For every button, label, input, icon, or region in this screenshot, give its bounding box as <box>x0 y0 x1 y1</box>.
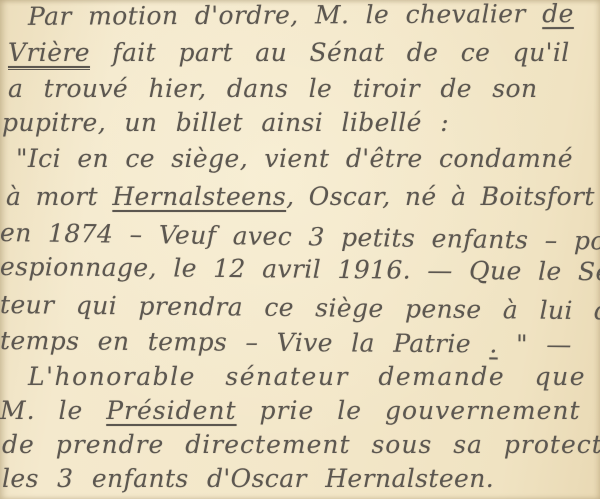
handwritten-line: en 1874 – Veuf avec 3 petits enfants – p… <box>0 218 600 255</box>
line-text: , Oscar, né à Boitsfort <box>286 182 595 211</box>
manuscript-page: Par motion d'ordre, M. le chevalier de V… <box>0 0 600 499</box>
line-text: fait part au Sénat de ce qu'il <box>90 38 570 67</box>
handwritten-line: L'honorable sénateur demande que <box>0 362 600 391</box>
underlined-word: Hernalsteens <box>112 182 286 211</box>
line-text: à mort <box>6 182 112 211</box>
handwritten-line: teur qui prendra ce siège pense à lui de <box>0 290 600 325</box>
handwritten-line: espionnage, le 12 avril 1916. — Que le S… <box>0 252 600 286</box>
underlined-word: de <box>542 0 574 28</box>
handwritten-line: les 3 enfants d'Oscar Hernalsteen. <box>0 464 600 493</box>
handwritten-line: a trouvé hier, dans le tiroir de son <box>0 74 600 103</box>
handwritten-line: pupitre, un billet ainsi libellé : <box>0 108 600 137</box>
line-text: de prendre directement sous sa protectio… <box>2 430 600 459</box>
underlined-mark: . <box>489 329 498 358</box>
line-text: Par motion d'ordre, M. le chevalier <box>28 0 542 31</box>
line-text: les 3 enfants d'Oscar Hernalsteen. <box>2 464 494 493</box>
handwritten-line: de prendre directement sous sa protectio… <box>0 430 600 459</box>
line-text: prie le gouvernement <box>237 396 581 425</box>
handwritten-line: temps en temps – Vive la Patrie . " — <box>0 326 600 359</box>
underlined-word: Président <box>106 396 236 425</box>
line-text: pupitre, un billet ainsi libellé : <box>2 108 449 137</box>
line-text: "Ici en ce siège, vient d'être condamné <box>16 144 573 173</box>
line-text: en 1874 – Veuf avec 3 petits enfants – p… <box>0 218 600 256</box>
handwritten-line: Par motion d'ordre, M. le chevalier de <box>0 0 600 31</box>
line-text: L'honorable sénateur demande que <box>28 362 586 391</box>
handwritten-line: à mort Hernalsteens, Oscar, né à Boitsfo… <box>0 182 600 211</box>
underlined-word: Vrière <box>8 38 90 70</box>
handwritten-line: "Ici en ce siège, vient d'être condamné <box>0 144 600 173</box>
line-text: teur qui prendra ce siège pense à lui de <box>0 290 600 326</box>
handwritten-line: Vrière fait part au Sénat de ce qu'il <box>0 38 600 67</box>
line-text: a trouvé hier, dans le tiroir de son <box>8 74 537 103</box>
line-text: espionnage, le 12 avril 1916. — Que le S… <box>0 252 600 287</box>
handwritten-line: M. le Président prie le gouvernement <box>0 396 600 425</box>
line-text: temps en temps – Vive la Patrie <box>0 326 489 358</box>
line-text: " — <box>498 329 572 359</box>
line-text: M. le <box>0 396 106 425</box>
